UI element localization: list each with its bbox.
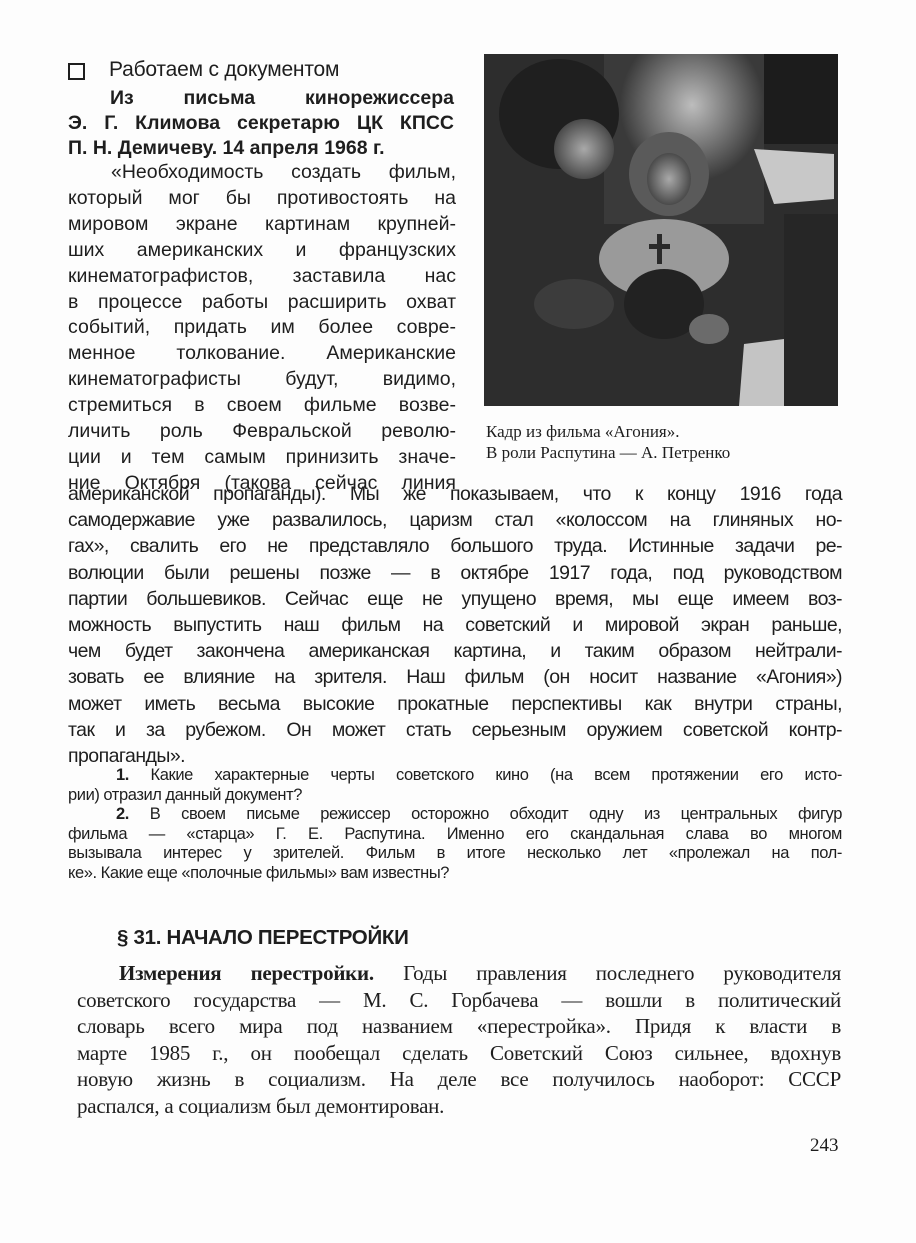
quote-line: так и за рубежом. Он может стать серьезн…	[68, 717, 842, 743]
body-line: распался, а социализм был демонтирован.	[77, 1093, 841, 1120]
body-line: словарь всего мира под названием «перест…	[77, 1013, 841, 1040]
quote-line: волюции были решены позже — в октябре 19…	[68, 560, 842, 586]
question-line: фильма — «старца» Г. Е. Распутина. Именн…	[68, 825, 842, 845]
question-line: ке». Какие еще «полочные фильмы» вам изв…	[68, 864, 842, 884]
quote-line: гах», свалить его не представляло большо…	[68, 533, 842, 559]
body-line: марте 1985 г., он пообещал сделать Совет…	[77, 1040, 841, 1067]
section-body: Измерения перестройки. Годы правления по…	[77, 960, 841, 1120]
question-line: В своем письме режиссер осторожно обходи…	[150, 805, 842, 823]
section-lead: Измерения перестройки.	[119, 961, 374, 985]
quote-line: может иметь весьма высокие прокатные пер…	[68, 691, 842, 717]
source-line: Из письма кинорежиссера	[110, 87, 454, 109]
question-item: 1. Какие характерные черты советского ки…	[68, 766, 842, 805]
quote-line: партии большевиков. Сейчас еще не упущен…	[68, 586, 842, 612]
quote-line: зовать ее влияние на зрителя. Наш фильм …	[68, 664, 842, 690]
quote-line: ших американских и французских	[68, 238, 456, 264]
document-quote-wide: американской пропаганды). Мы же показыва…	[68, 481, 842, 769]
document-questions: 1. Какие характерные черты советского ки…	[68, 766, 842, 883]
quote-line: можность выпустить наш фильм на советски…	[68, 612, 842, 638]
film-still-image-icon	[484, 54, 838, 406]
body-line: новую жизнь в социализм. На деле все пол…	[77, 1066, 841, 1093]
quote-line: который мог бы противостоять на	[68, 186, 456, 212]
quote-line: ции и тем самым принизить значе-	[68, 445, 456, 471]
quote-line: личить роль Февральской револю-	[68, 419, 456, 445]
question-line: Какие характерные черты советского кино …	[151, 766, 842, 784]
page-number: 243	[810, 1135, 839, 1157]
quote-line: американской пропаганды). Мы же показыва…	[68, 481, 842, 507]
quote-line: мировом экране картинам крупней-	[68, 212, 456, 238]
quote-line: кинематографистов, заставила нас	[68, 264, 456, 290]
document-box-header: Работаем с документом	[68, 52, 463, 88]
checkbox-square-icon	[68, 63, 85, 80]
quote-line: чем будет закончена американская картина…	[68, 638, 842, 664]
quote-line: «Необходимость создать фильм,	[111, 161, 456, 183]
textbook-page: Работаем с документом Из письма кинорежи…	[0, 0, 916, 1243]
quote-line: менное толкование. Американские	[68, 341, 456, 367]
question-number: 1.	[116, 766, 129, 784]
quote-line: событий, придать им более совре-	[68, 315, 456, 341]
caption-line: В роли Распутина — А. Петренко	[486, 442, 846, 463]
quote-line: в процессе работы расширить охват	[68, 290, 456, 316]
document-quote-narrow: «Необходимость создать фильм, который мо…	[68, 160, 456, 497]
question-line: вызывала интерес у зрителей. Фильм в ито…	[68, 844, 842, 864]
document-source: Из письма кинорежиссера Э. Г. Климова се…	[68, 86, 454, 161]
quote-line: кинематографисты будут, видимо,	[68, 367, 456, 393]
question-line: рии) отразил данный документ?	[68, 786, 842, 806]
quote-line: стремиться в своем фильме возве-	[68, 393, 456, 419]
film-still-photo	[484, 54, 838, 406]
section-title: § 31. НАЧАЛО ПЕРЕСТРОЙКИ	[117, 926, 409, 950]
caption-line: Кадр из фильма «Агония».	[486, 421, 846, 442]
body-line: советского государства — М. С. Горбачева…	[77, 987, 841, 1014]
body-line: Годы правления последнего руководителя	[403, 961, 841, 985]
quote-line: самодержавие уже развалилось, царизм ста…	[68, 507, 842, 533]
question-number: 2.	[116, 805, 129, 823]
photo-caption: Кадр из фильма «Агония». В роли Распутин…	[486, 421, 846, 463]
source-line: П. Н. Демичеву. 14 апреля 1968 г.	[68, 136, 454, 161]
question-item: 2. В своем письме режиссер осторожно обх…	[68, 805, 842, 883]
source-line: Э. Г. Климова секретарю ЦК КПСС	[68, 111, 454, 136]
document-box-heading: Работаем с документом	[109, 58, 339, 82]
